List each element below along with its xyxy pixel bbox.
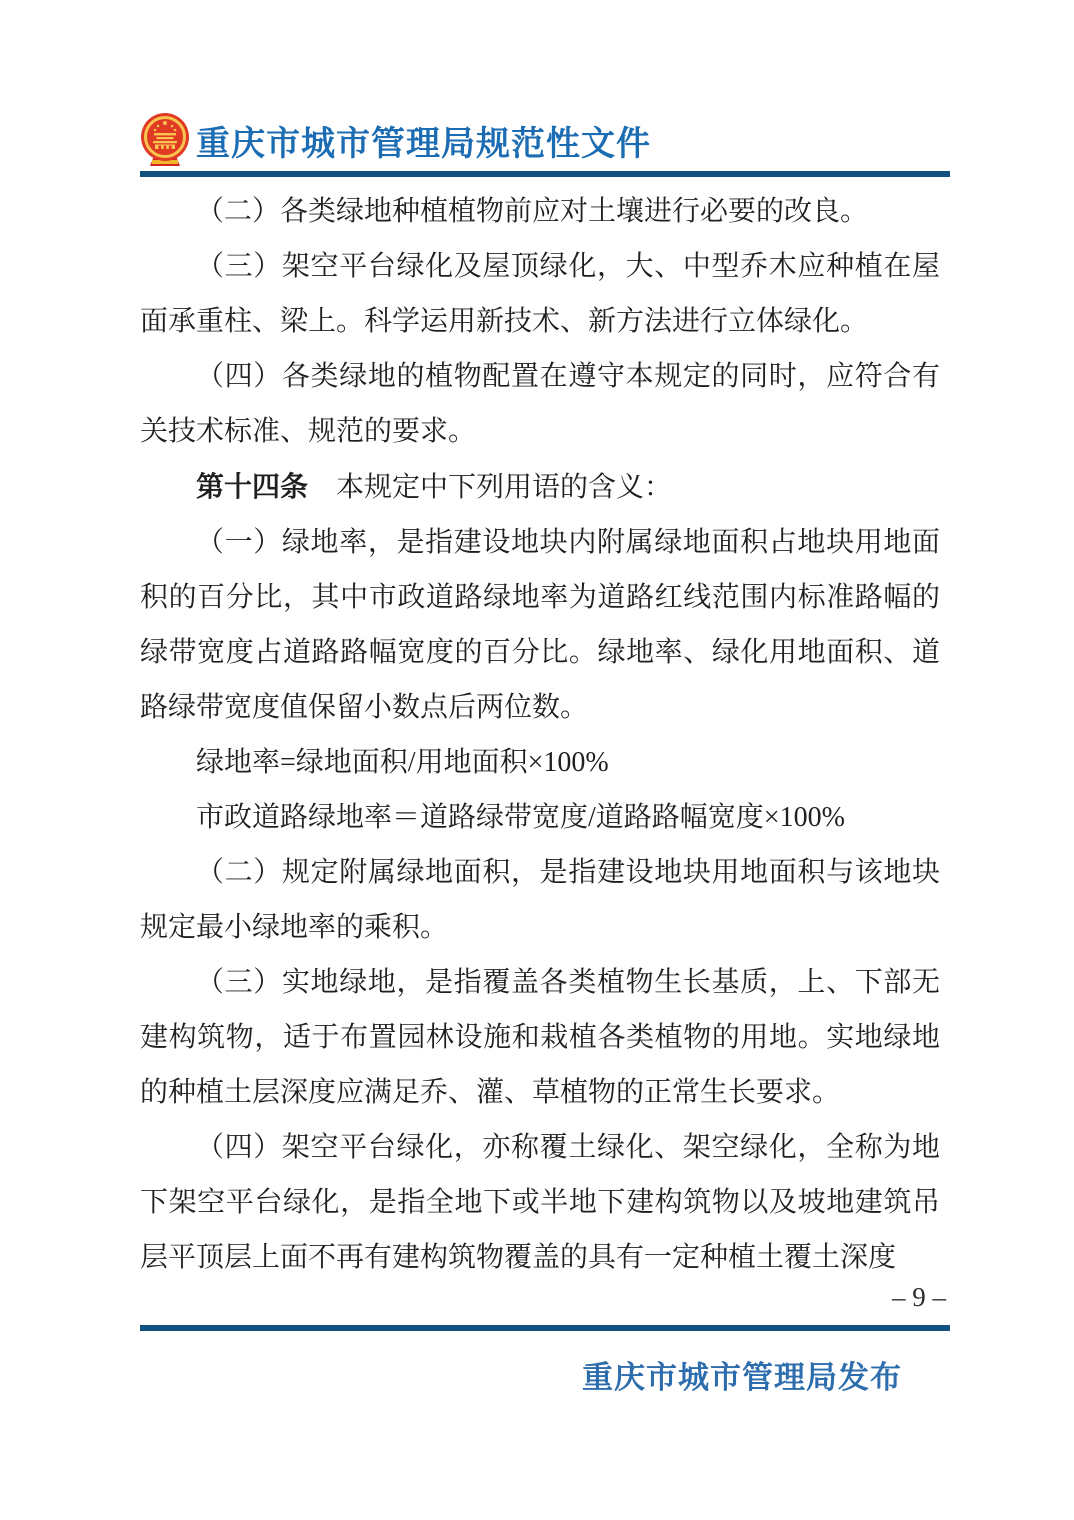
- article-number-label: 第十四条: [196, 471, 308, 502]
- article-14-heading: 第十四条本规定中下列用语的含义：: [140, 459, 940, 515]
- article-heading-text: 本规定中下列用语的含义：: [336, 472, 672, 503]
- formula-text: 绿地率=绿地面积/用地面积×100%: [196, 747, 609, 778]
- formula-text: 市政道路绿地率＝道路绿带宽度/道路路幅宽度×100%: [196, 802, 845, 833]
- publisher-label: 重庆市城市管理局发布: [582, 1352, 902, 1397]
- formula-green-ratio: 绿地率=绿地面积/用地面积×100%: [140, 735, 940, 790]
- paragraph-item-4: （四）各类绿地的植物配置在遵守本规定的同时，应符合有关技术标准、规范的要求。: [140, 349, 940, 459]
- national-emblem-icon: [140, 112, 190, 168]
- document-body: （二）各类绿地种植植物前应对土壤进行必要的改良。 （三）架空平台绿化及屋顶绿化，…: [140, 184, 940, 1285]
- footer-rule: [140, 1325, 950, 1331]
- document-page: { "header": { "title": "重庆市城市管理局规范性文件", …: [0, 0, 1074, 1520]
- paragraph-text: （三）架空平台绿化及屋顶绿化，大、中型乔木应种植在屋面承重柱、梁上。科学运用新技…: [140, 251, 940, 337]
- paragraph-text: （二）各类绿地种植植物前应对土壤进行必要的改良。: [196, 196, 868, 227]
- paragraph-text: （三）实地绿地，是指覆盖各类植物生长基质，上、下部无建构筑物，适于布置园林设施和…: [140, 967, 940, 1108]
- paragraph-text: （一）绿地率，是指建设地块内附属绿地面积占地块用地面积的百分比，其中市政道路绿地…: [140, 527, 940, 723]
- definition-item-1: （一）绿地率，是指建设地块内附属绿地面积占地块用地面积的百分比，其中市政道路绿地…: [140, 515, 940, 735]
- definition-item-2: （二）规定附属绿地面积，是指建设地块用地面积与该地块规定最小绿地率的乘积。: [140, 845, 940, 955]
- paragraph-text: （四）各类绿地的植物配置在遵守本规定的同时，应符合有关技术标准、规范的要求。: [140, 361, 940, 447]
- document-header: 重庆市城市管理局规范性文件: [140, 112, 950, 168]
- formula-road-green-ratio: 市政道路绿地率＝道路绿带宽度/道路路幅宽度×100%: [140, 790, 940, 845]
- definition-item-3: （三）实地绿地，是指覆盖各类植物生长基质，上、下部无建构筑物，适于布置园林设施和…: [140, 955, 940, 1120]
- paragraph-item-3: （三）架空平台绿化及屋顶绿化，大、中型乔木应种植在屋面承重柱、梁上。科学运用新技…: [140, 239, 940, 349]
- page-number: – 9 –: [892, 1282, 946, 1313]
- paragraph-item-2: （二）各类绿地种植植物前应对土壤进行必要的改良。: [140, 184, 940, 239]
- page-container: 重庆市城市管理局规范性文件 （二）各类绿地种植植物前应对土壤进行必要的改良。 （…: [140, 0, 950, 1520]
- paragraph-text: （二）规定附属绿地面积，是指建设地块用地面积与该地块规定最小绿地率的乘积。: [140, 857, 940, 943]
- paragraph-text: （四）架空平台绿化，亦称覆土绿化、架空绿化，全称为地下架空平台绿化，是指全地下或…: [140, 1132, 940, 1273]
- header-rule: [140, 171, 950, 177]
- definition-item-4: （四）架空平台绿化，亦称覆土绿化、架空绿化，全称为地下架空平台绿化，是指全地下或…: [140, 1120, 940, 1285]
- header-title: 重庆市城市管理局规范性文件: [196, 116, 651, 165]
